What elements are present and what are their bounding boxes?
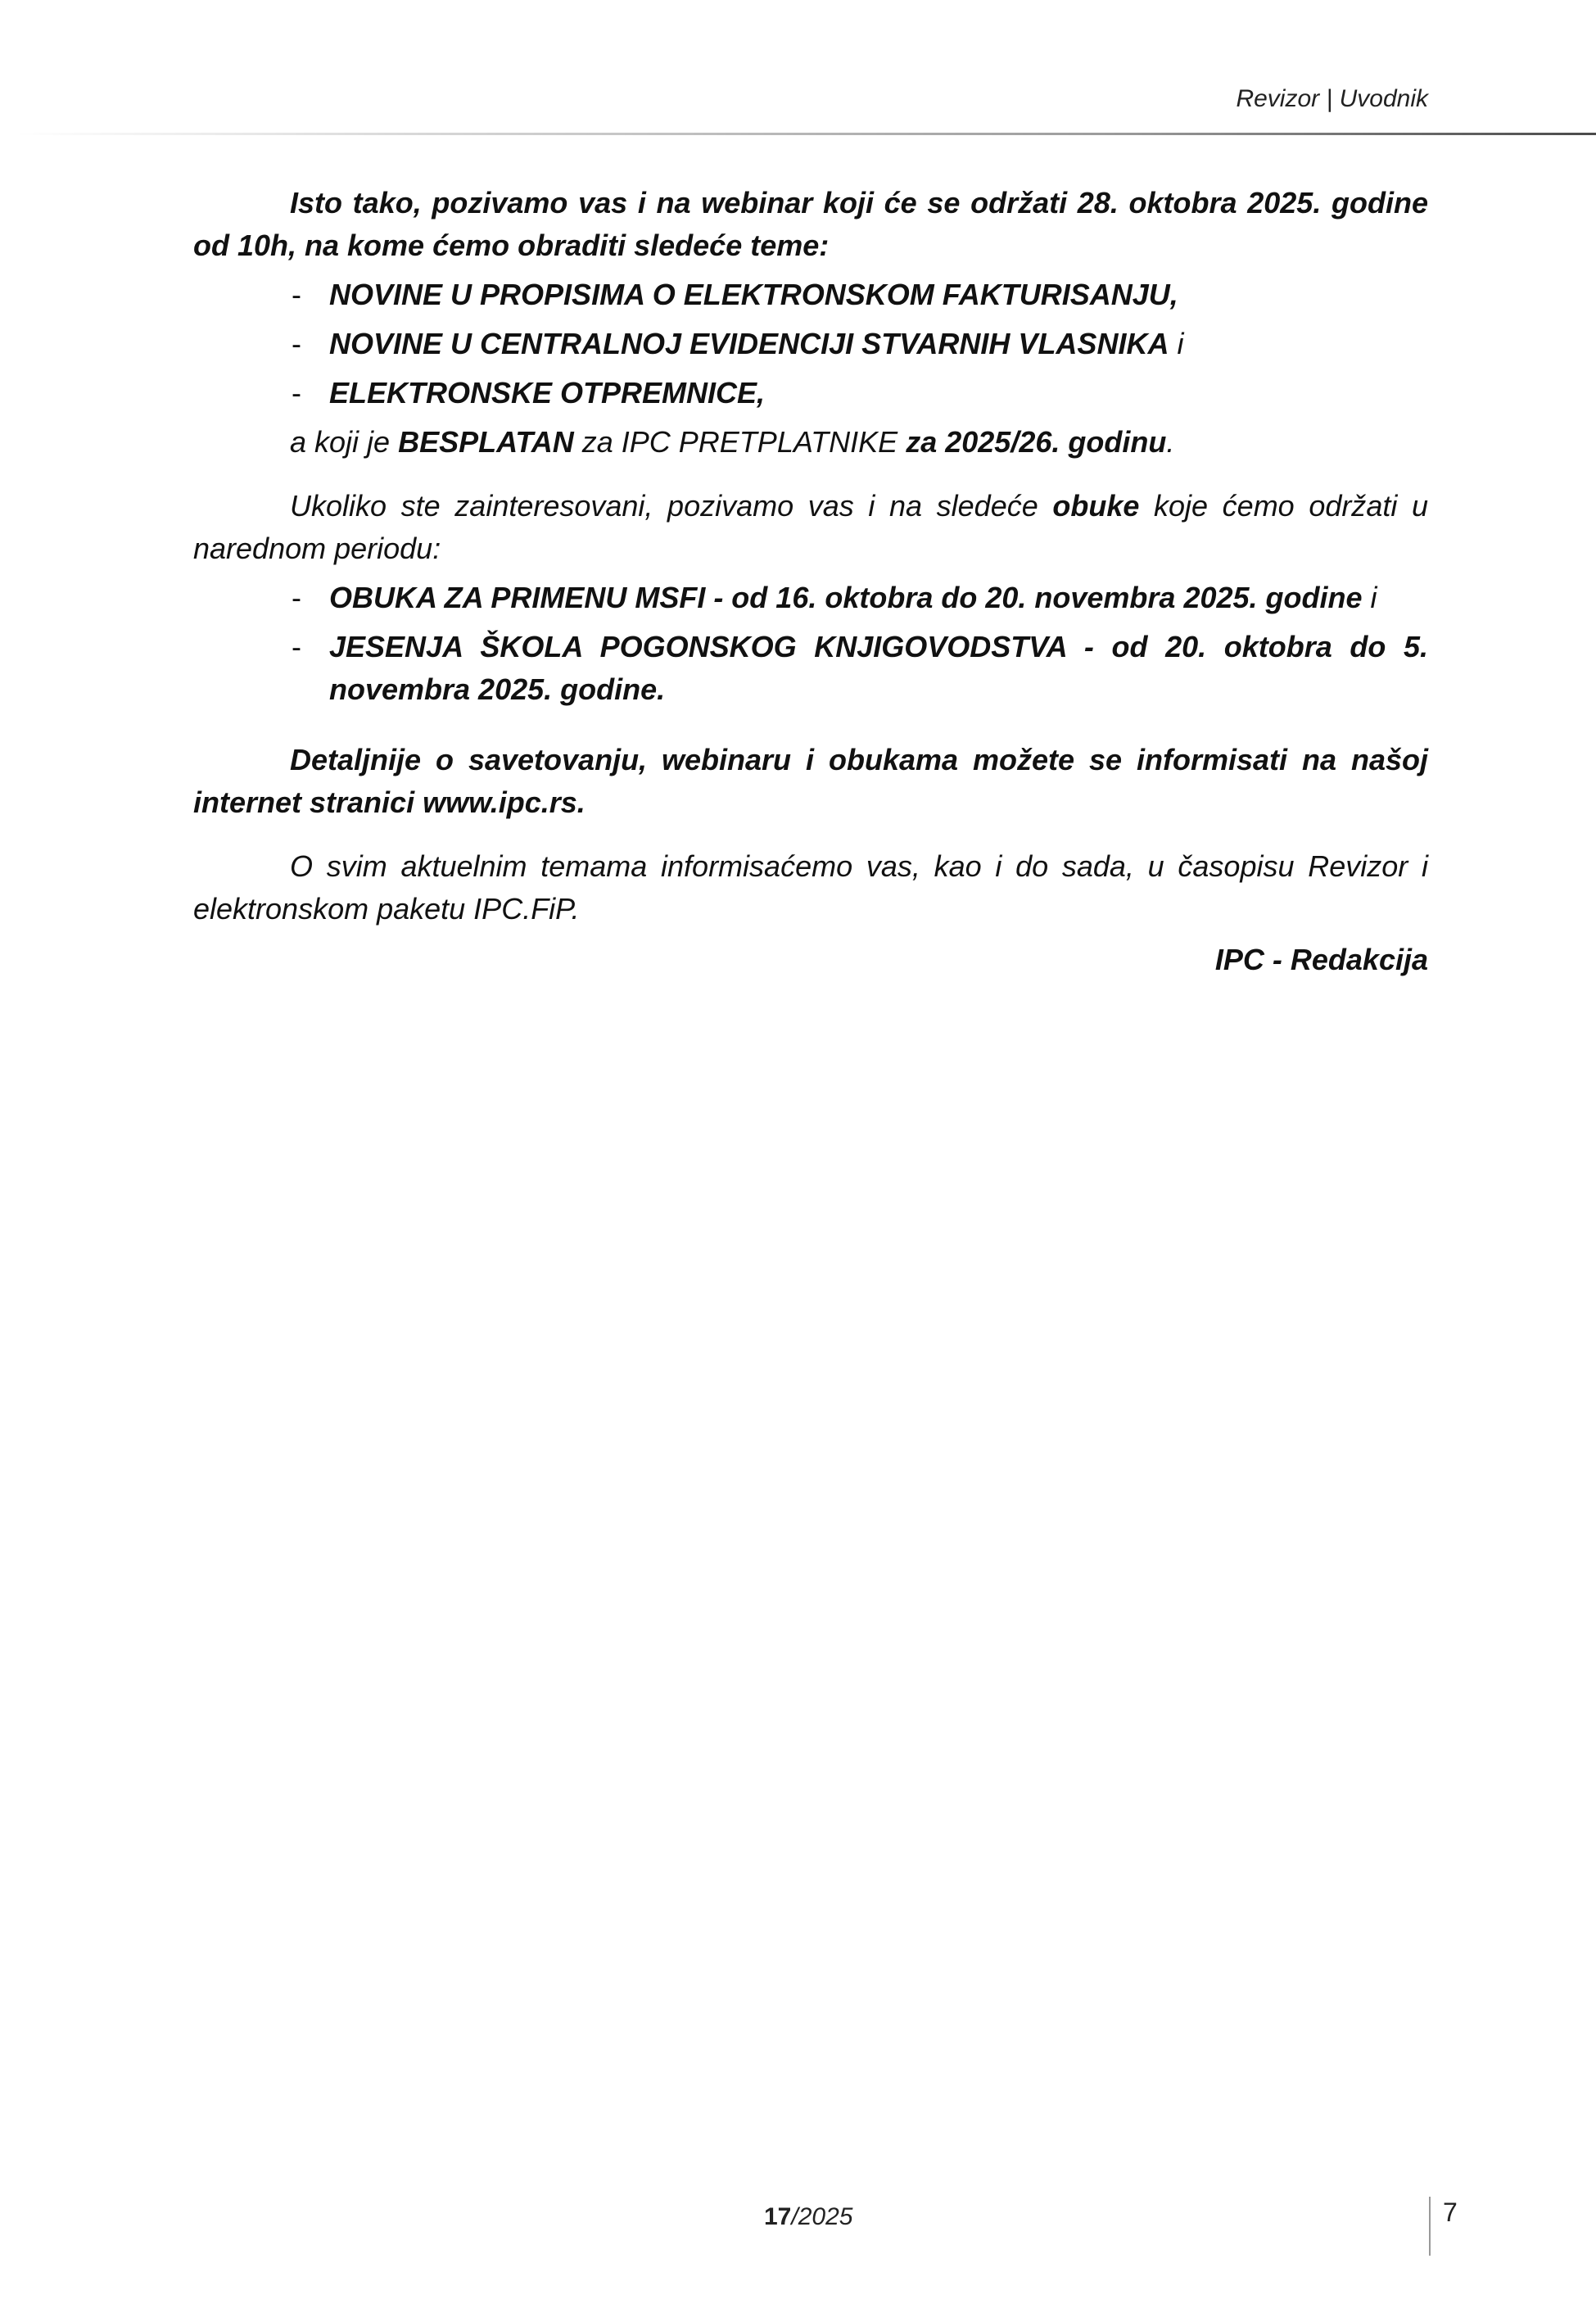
signature: IPC - Redakcija bbox=[193, 939, 1428, 981]
webinar-topics-list: -NOVINE U PROPISIMA O ELEKTRONSKOM FAKTU… bbox=[193, 274, 1428, 414]
page-number: 7 bbox=[1443, 2198, 1458, 2228]
issue-number: 17/2025 bbox=[764, 2203, 852, 2231]
list-item: -OBUKA ZA PRIMENU MSFI - od 16. oktobra … bbox=[193, 577, 1428, 619]
list-item: -ELEKTRONSKE OTPREMNICE, bbox=[193, 372, 1428, 414]
list-item: -NOVINE U CENTRALNOJ EVIDENCIJI STVARNIH… bbox=[193, 323, 1428, 365]
running-header: Revizor | Uvodnik bbox=[1236, 85, 1428, 113]
webinar-intro-paragraph: Isto tako, pozivamo vas i na webinar koj… bbox=[193, 182, 1428, 267]
article-body: Isto tako, pozivamo vas i na webinar koj… bbox=[193, 182, 1428, 981]
list-item: -JESENJA ŠKOLA POGONSKOG KNJIGOVODSTVA -… bbox=[193, 626, 1428, 711]
header-rule bbox=[16, 133, 1596, 135]
closing-paragraph: O svim aktuelnim temama informisaćemo va… bbox=[193, 845, 1428, 930]
trainings-intro-paragraph: Ukoliko ste zainteresovani, pozivamo vas… bbox=[193, 485, 1428, 570]
trainings-list: -OBUKA ZA PRIMENU MSFI - od 16. oktobra … bbox=[193, 577, 1428, 711]
details-paragraph: Detaljnije o savetovanju, webinaru i obu… bbox=[193, 739, 1428, 824]
footer-divider bbox=[1429, 2197, 1431, 2256]
list-item: -NOVINE U PROPISIMA O ELEKTRONSKOM FAKTU… bbox=[193, 274, 1428, 316]
webinar-pricing-note: a koji je BESPLATAN za IPC PRETPLATNIKE … bbox=[193, 421, 1428, 464]
